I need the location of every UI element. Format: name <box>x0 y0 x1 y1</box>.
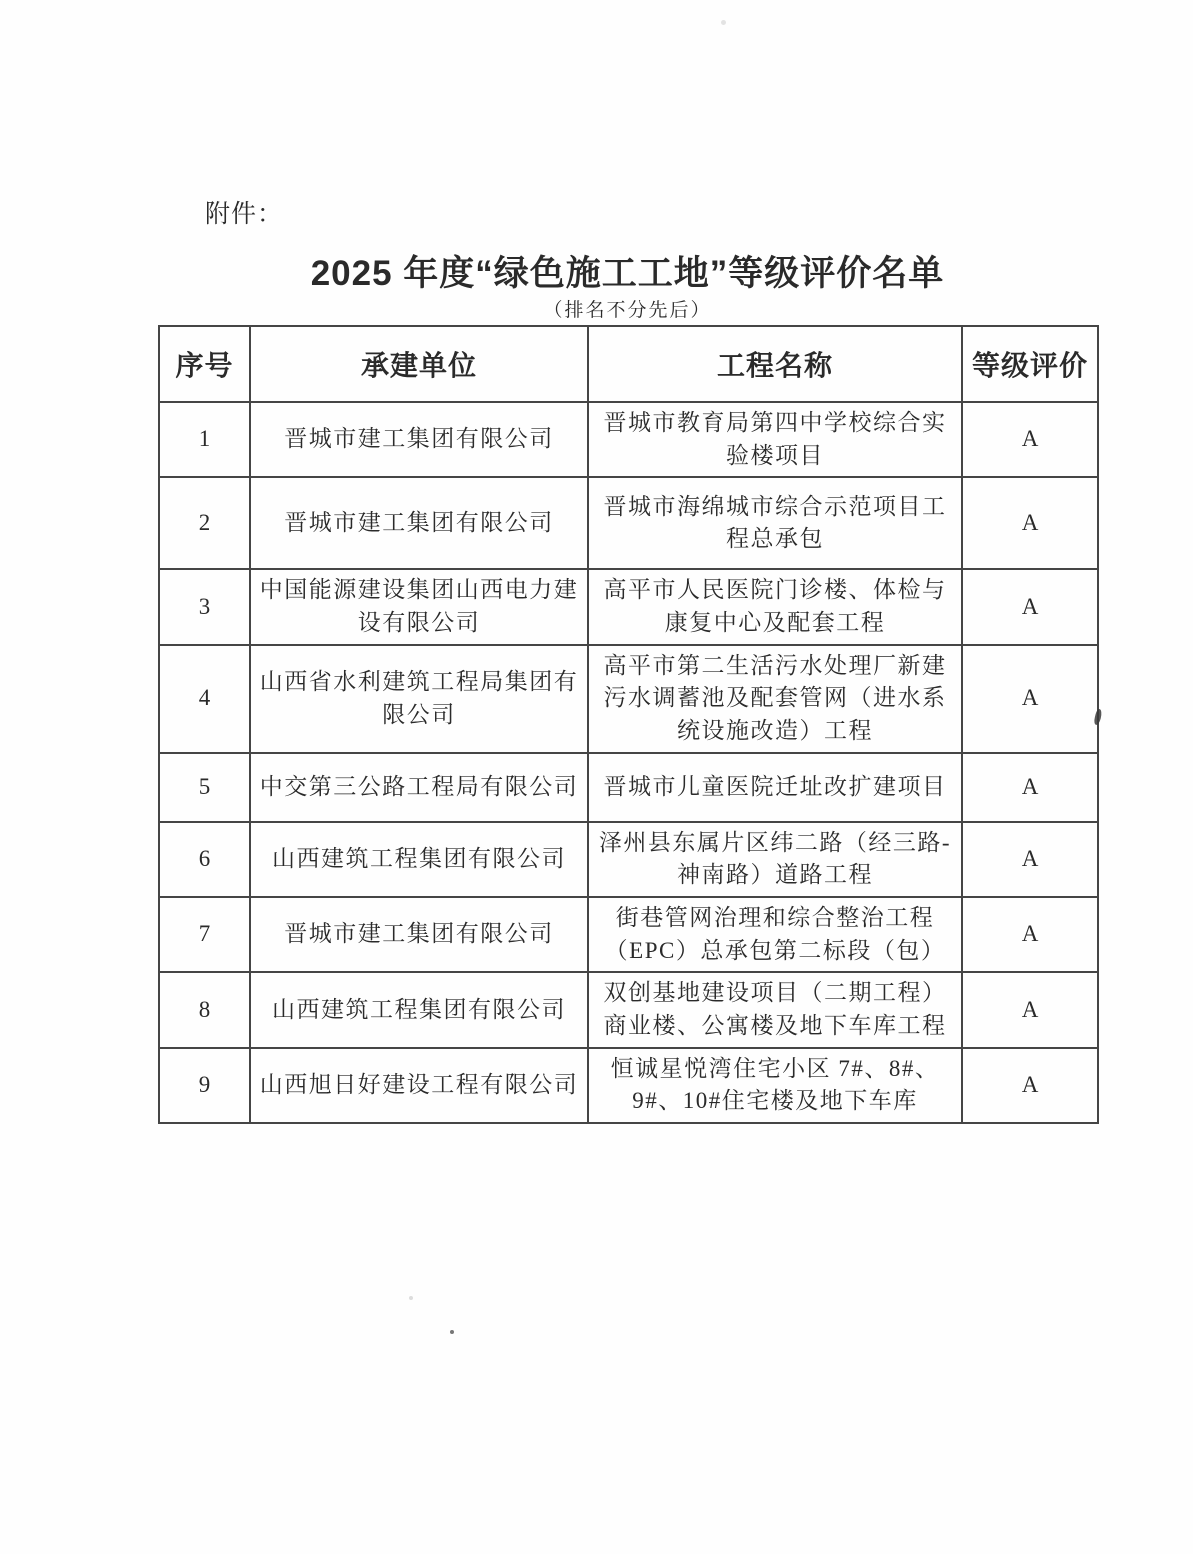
project-name-cell: 晋城市儿童医院迁址改扩建项目 <box>588 753 962 822</box>
table-row: 5中交第三公路工程局有限公司晋城市儿童医院迁址改扩建项目A <box>159 753 1098 822</box>
serial-number-cell: 9 <box>159 1048 250 1123</box>
grade-cell: A <box>962 402 1098 477</box>
serial-number-cell: 7 <box>159 897 250 972</box>
document-page: 附件： 2025 年度“绿色施工工地”等级评价名单 （排名不分先后） 序号 承建… <box>0 0 1193 1554</box>
header-grade: 等级评价 <box>962 326 1098 402</box>
grade-cell: A <box>962 972 1098 1047</box>
document-subtitle: （排名不分先后） <box>158 295 1097 322</box>
table-row: 1晋城市建工集团有限公司晋城市教育局第四中学校综合实验楼项目A <box>159 402 1098 477</box>
project-name-cell: 高平市第二生活污水处理厂新建污水调蓄池及配套管网（进水系统设施改造）工程 <box>588 645 962 753</box>
table-row: 3中国能源建设集团山西电力建设有限公司高平市人民医院门诊楼、体检与康复中心及配套… <box>159 569 1098 644</box>
project-name-cell: 泽州县东属片区纬二路（经三路-神南路）道路工程 <box>588 822 962 897</box>
evaluation-table: 序号 承建单位 工程名称 等级评价 1晋城市建工集团有限公司晋城市教育局第四中学… <box>158 325 1099 1124</box>
contractor-cell: 晋城市建工集团有限公司 <box>250 477 588 569</box>
grade-cell: A <box>962 897 1098 972</box>
grade-cell: A <box>962 569 1098 644</box>
grade-cell: A <box>962 1048 1098 1123</box>
project-name-cell: 晋城市教育局第四中学校综合实验楼项目 <box>588 402 962 477</box>
contractor-cell: 山西建筑工程集团有限公司 <box>250 972 588 1047</box>
document-title: 2025 年度“绿色施工工地”等级评价名单 <box>158 246 1097 296</box>
contractor-cell: 山西省水利建筑工程局集团有限公司 <box>250 645 588 753</box>
project-name-cell: 晋城市海绵城市综合示范项目工程总承包 <box>588 477 962 569</box>
serial-number-cell: 5 <box>159 753 250 822</box>
scan-artifact <box>409 1296 413 1300</box>
grade-cell: A <box>962 477 1098 569</box>
table-row: 6山西建筑工程集团有限公司泽州县东属片区纬二路（经三路-神南路）道路工程A <box>159 822 1098 897</box>
project-name-cell: 街巷管网治理和综合整治工程（EPC）总承包第二标段（包） <box>588 897 962 972</box>
serial-number-cell: 8 <box>159 972 250 1047</box>
header-contractor: 承建单位 <box>250 326 588 402</box>
table-row: 9山西旭日好建设工程有限公司恒诚星悦湾住宅小区 7#、8#、9#、10#住宅楼及… <box>159 1048 1098 1123</box>
contractor-cell: 中交第三公路工程局有限公司 <box>250 753 588 822</box>
contractor-cell: 山西建筑工程集团有限公司 <box>250 822 588 897</box>
project-name-cell: 恒诚星悦湾住宅小区 7#、8#、9#、10#住宅楼及地下车库 <box>588 1048 962 1123</box>
scan-artifact <box>721 20 726 25</box>
serial-number-cell: 2 <box>159 477 250 569</box>
serial-number-cell: 6 <box>159 822 250 897</box>
scan-artifact <box>450 1330 454 1334</box>
contractor-cell: 晋城市建工集团有限公司 <box>250 402 588 477</box>
project-name-cell: 双创基地建设项目（二期工程）商业楼、公寓楼及地下车库工程 <box>588 972 962 1047</box>
contractor-cell: 中国能源建设集团山西电力建设有限公司 <box>250 569 588 644</box>
table-row: 8山西建筑工程集团有限公司双创基地建设项目（二期工程）商业楼、公寓楼及地下车库工… <box>159 972 1098 1047</box>
table-row: 4山西省水利建筑工程局集团有限公司高平市第二生活污水处理厂新建污水调蓄池及配套管… <box>159 645 1098 753</box>
header-project-name: 工程名称 <box>588 326 962 402</box>
serial-number-cell: 3 <box>159 569 250 644</box>
attachment-label: 附件： <box>205 194 283 230</box>
grade-cell: A <box>962 645 1098 753</box>
serial-number-cell: 4 <box>159 645 250 753</box>
table-body: 1晋城市建工集团有限公司晋城市教育局第四中学校综合实验楼项目A2晋城市建工集团有… <box>159 402 1098 1123</box>
table-row: 7晋城市建工集团有限公司街巷管网治理和综合整治工程（EPC）总承包第二标段（包）… <box>159 897 1098 972</box>
serial-number-cell: 1 <box>159 402 250 477</box>
table-row: 2晋城市建工集团有限公司晋城市海绵城市综合示范项目工程总承包A <box>159 477 1098 569</box>
header-serial-number: 序号 <box>159 326 250 402</box>
grade-cell: A <box>962 753 1098 822</box>
grade-cell: A <box>962 822 1098 897</box>
project-name-cell: 高平市人民医院门诊楼、体检与康复中心及配套工程 <box>588 569 962 644</box>
table-header-row: 序号 承建单位 工程名称 等级评价 <box>159 326 1098 402</box>
contractor-cell: 山西旭日好建设工程有限公司 <box>250 1048 588 1123</box>
contractor-cell: 晋城市建工集团有限公司 <box>250 897 588 972</box>
